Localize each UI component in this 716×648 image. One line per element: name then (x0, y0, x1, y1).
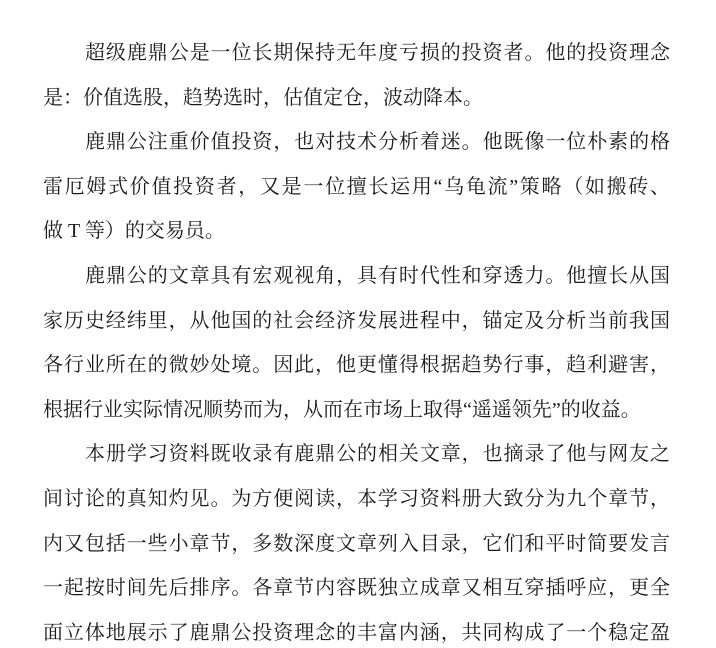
text-block: 超级鹿鼎公是一位长期保持无年度亏损的投资者。他的投资理念 是：价值选股，趋势选时… (43, 31, 670, 648)
text-line: 各行业所在的微妙处境。因此，他更懂得根据趋势行事，趋利避害， (43, 343, 670, 388)
text-line: 家历史经纬里，从他国的社会经济发展进程中，锚定及分析当前我国 (43, 299, 670, 344)
text-line: 一起按时间先后排序。各章节内容既独立成章又相互穿插呼应，更全 (43, 566, 670, 611)
text-line: 超级鹿鼎公是一位长期保持无年度亏损的投资者。他的投资理念 (43, 31, 670, 76)
text-line: 做 T 等）的交易员。 (43, 209, 670, 254)
text-line: 鹿鼎公的文章具有宏观视角，具有时代性和穿透力。他擅长从国 (43, 254, 670, 299)
text-line: 是：价值选股，趋势选时，估值定仓，波动降本。 (43, 76, 670, 121)
text-line: 鹿鼎公注重价值投资，也对技术分析着迷。他既像一位朴素的格 (43, 120, 670, 165)
text-line: 内又包括一些小章节，多数深度文章列入目录，它们和平时简要发言 (43, 522, 670, 567)
text-line: 雷厄姆式价值投资者，又是一位擅长运用“乌龟流”策略（如搬砖、 (43, 165, 670, 210)
text-line: 间讨论的真知灼见。为方便阅读，本学习资料册大致分为九个章节， (43, 477, 670, 522)
text-line: 面立体地展示了鹿鼎公投资理念的丰富内涵，共同构成了一个稳定盈 (43, 611, 670, 648)
text-line: 根据行业实际情况顺势而为，从而在市场上取得“遥遥领先”的收益。 (43, 388, 670, 433)
text-line: 本册学习资料既收录有鹿鼎公的相关文章，也摘录了他与网友之 (43, 432, 670, 477)
document-page: 超级鹿鼎公是一位长期保持无年度亏损的投资者。他的投资理念 是：价值选股，趋势选时… (0, 0, 716, 648)
